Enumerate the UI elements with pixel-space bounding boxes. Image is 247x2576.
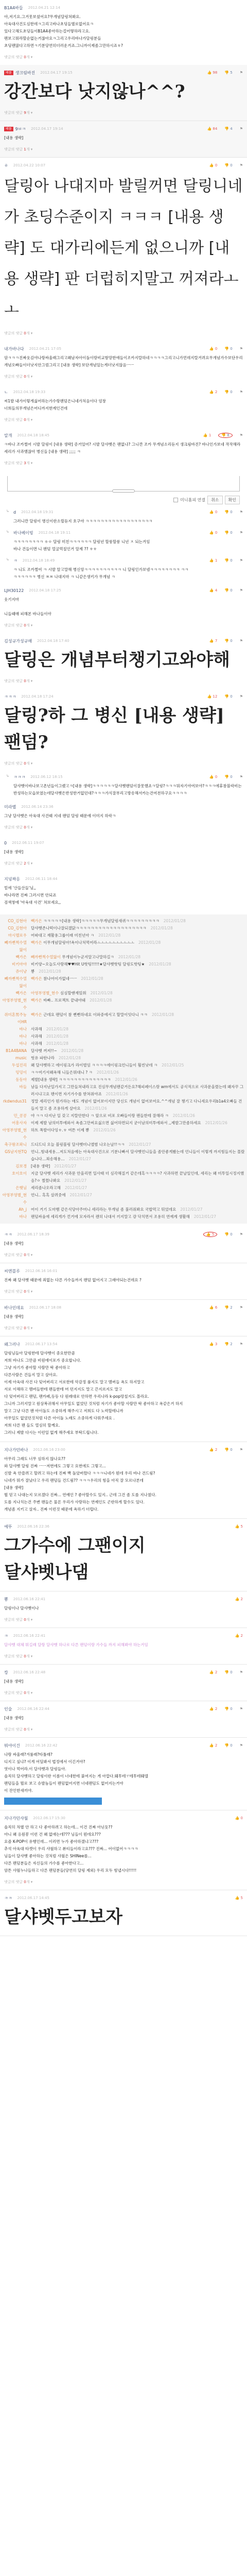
comment: 씨엔블루2012.06.16 16:01진짜 왜 달샤벳 때문에 죄없는 다른 …: [0, 1263, 247, 1300]
log-date: 2012/01/27: [65, 1185, 87, 1190]
log-text: 비키양~오늘도사랑해♥♥Hit U핫팅!!!!!★달샤벳핫팅 달링도핫팅★201…: [31, 961, 171, 968]
comment-header: 씨엔블루2012.06.16 16:01: [4, 1267, 243, 1275]
log-username[interactable]: rkdwndus31: [2, 1098, 31, 1112]
comment-body: 아무리 그래도 너무 심하지 않나요?? 와 달샤벳 달링 진짜 ㅡㅡ저번에도 …: [4, 1455, 243, 1513]
username-link[interactable]: 김성규가성규해: [4, 638, 32, 644]
upvote-button[interactable]: 👍 0: [209, 531, 217, 535]
best-badge: 베플: [4, 127, 13, 131]
upvote-button[interactable]: 👍 1: [209, 558, 217, 563]
upvote-button[interactable]: 👍 4: [209, 588, 217, 592]
log-text: 어따대고 재활용그룹이래 미친년아 ㅋ2012/01/28: [31, 932, 120, 939]
comment-body: 달링?하 그 병신 [내용 생략] 팬덤?: [4, 702, 243, 756]
report-icon[interactable]: ⚑: [240, 1743, 243, 1748]
upvote-button[interactable]: 👍 7: [209, 639, 217, 643]
mention-tag[interactable]: 아영부영별_현수: [31, 991, 60, 995]
downvote-button[interactable]: 👎 0: [224, 558, 232, 563]
username-link[interactable]: 씨엔블루: [4, 1268, 20, 1274]
log-username[interactable]: music: [2, 1055, 31, 1062]
log-username[interactable]: 쥬이냥: [2, 968, 31, 975]
reply-count: 0: [24, 1290, 26, 1294]
reply-body: ㅋㅋㅋㅋㅋㅋㅋㅋ ㅎㅇ 달링 미친ㅋㅋㅋㅋㅋㅋ 달링년 할룽할룽 니년 ㅈ 되는…: [13, 538, 243, 553]
comment: 지녕짜응2012.06.11 18:44밑에 '산들산들'님,, 바나라면 진짜…: [0, 871, 247, 911]
username-link[interactable]: 뭐야이건: [4, 1743, 20, 1749]
mention-tag[interactable]: 빽가은: [31, 976, 43, 981]
comment: ㅋ2012.06.16 22:41👍 2달샤벳 대체 뭐길래 달랑 달샤벳 하나…: [0, 1628, 247, 1665]
downvote-button[interactable]: 👎 0: [224, 1670, 232, 1674]
comment-body: 달링이나 달샤벳이나: [4, 1605, 243, 1612]
report-icon[interactable]: ⚑: [240, 1306, 243, 1310]
downvote-button[interactable]: 👎 0: [224, 775, 232, 779]
timestamp: 2012.06.16 22:41: [13, 1634, 45, 1638]
reply-count: 0: [24, 1880, 26, 1884]
log-date: 2012/01/26: [106, 1092, 128, 1096]
timestamp: 2012.04.17 19:15: [40, 71, 72, 75]
reply-count: 0: [24, 761, 26, 766]
reply-count-toggle[interactable]: 댓글의 댓글 0개 ▾: [4, 761, 243, 766]
report-icon[interactable]: ⚑: [240, 127, 243, 131]
timestamp: 2012.04.18 18:45: [17, 433, 49, 437]
comment: 인술2012.06.16 22:44👍 2👎 0⚑[내용 생략]댓글의 댓글 0…: [0, 1701, 247, 1738]
log-username[interactable]: 바들: [2, 1083, 31, 1098]
log-row: 빽가은아영부영별_현수 심심할땐재밌쒀2012/01/28: [2, 990, 245, 997]
log-row: 동동아제발[내용 생략] ㅋㅋㅋㅋㅋㅋㅋㅋㅋㅋㅋㅋㅋㅋ2012/01/26: [2, 1076, 245, 1083]
log-username[interactable]: 밍밍이: [2, 1069, 31, 1076]
log-date: 2012/01/26: [115, 1077, 137, 1082]
log-date: 2012/01/26: [173, 1113, 195, 1118]
downvote-button[interactable]: 👎 0: [224, 639, 232, 643]
log-text: 사과해2012/01/28: [31, 1026, 68, 1033]
log-text: 어이 거기 도마뱀 같은식당아주머니 세리라는 무개념 좀 불러줘봐요 국밥먹고…: [31, 1206, 203, 1213]
reply-body: 그러니깐 달링이 병신이란소릴듣지 호구야 ㅋㅋㅋㅋㅋㅋㅋㅋㅋㅋㅋㅋㅋㅋㅋㅋㅋㅋ: [13, 518, 243, 525]
log-text: 아영부영별_현수 심심할땐재밌쒀2012/01/28: [31, 990, 113, 997]
username-link[interactable]: 0: [4, 841, 7, 845]
log-date: 2012/01/28: [46, 1027, 68, 1031]
reply-count-toggle[interactable]: 댓글의 댓글 0개 ▾: [4, 1289, 243, 1294]
downvote-button[interactable]: 👎 0: [224, 347, 232, 351]
comment-header: 김성규가성규해2012.04.18 17:40👍 7👎 0⚑: [4, 637, 243, 645]
downvote-button[interactable]: 👎 0: [224, 531, 232, 535]
log-date: 2012/01/28: [46, 1041, 68, 1046]
mention-tag[interactable]: 빽가은: [31, 998, 43, 1003]
log-username[interactable]: 바나: [2, 1040, 31, 1047]
vote-controls: 👍 98👎 5⚑: [207, 71, 243, 75]
log-text: 남들 다지난일가지고 그만들쳐내라고요 진심무개념팬같거든요?해피페이스랑 wm…: [31, 1083, 245, 1098]
username-link[interactable]: 9ㅂㅋ: [15, 126, 26, 132]
username-link[interactable]: ㅋㅋㅋ: [4, 694, 16, 700]
comment-header: 지나가던바나2012.06.16 23:00👍 2👎 0⚑: [4, 1446, 243, 1453]
username-link[interactable]: 바나베이빙: [13, 530, 33, 536]
comment: ㅋㅋ2012.06.17 18:39👍 5👎 0⚑[내용 생략]댓글의 댓글 0…: [0, 1227, 247, 1263]
vote-controls: 👍 2👎 0⚑: [209, 1448, 243, 1452]
comment-body: 강간보다 낫지않나^^?: [4, 78, 243, 105]
log-text: 언니.. 흑흑 살려줏에2012/01/27: [31, 1192, 92, 1206]
upvote-button[interactable]: 👍 3: [209, 1342, 217, 1346]
username-link[interactable]: 캉: [4, 1670, 8, 1675]
nested-reply: ↳바나베이빙2012.04.18 19:11👍 0👎 0⚑ㅋㅋㅋㅋㅋㅋㅋㅋ ㅎㅇ…: [0, 527, 247, 555]
log-date: 2012/01/26: [205, 1121, 227, 1125]
log-username[interactable]: 호이호이: [2, 1170, 31, 1184]
username-link[interactable]: ㅋㅋ: [4, 1232, 12, 1238]
downvote-button[interactable]: 👎 0: [224, 1707, 232, 1711]
reply-count-toggle[interactable]: 댓글의 댓글 2개 ▾: [4, 861, 243, 866]
vote-controls: 👍 0👎 0⚑: [209, 163, 243, 167]
timestamp: 2012.06.16 22:41: [13, 1597, 45, 1601]
username-link[interactable]: d: [13, 510, 16, 515]
log-username[interactable]: CO_김현아: [2, 925, 31, 932]
upvote-button[interactable]: 👍 2: [209, 1707, 217, 1711]
upvote-button[interactable]: 👍 0: [209, 775, 217, 779]
reply-count-toggle[interactable]: 댓글의 댓글 0개 ▾: [4, 623, 243, 628]
timestamp: 2012.06.16 22:36: [17, 1524, 49, 1529]
upvote-button[interactable]: 👍 5: [235, 1896, 243, 1900]
log-date: 2012/01/27: [180, 1207, 202, 1212]
log-username[interactable]: 마시멜로우: [2, 932, 31, 939]
upvote-button[interactable]: 👍 6: [209, 1306, 217, 1310]
comment-body: 나랑 싸울래?겨룰래?타툴래? 디지고 싶냐? 이게 어딜봐서 법정에서 이긴거…: [4, 1751, 243, 1794]
log-username[interactable]: 비키마야: [2, 961, 31, 968]
report-icon[interactable]: ⚑: [240, 531, 243, 535]
downvote-button[interactable]: 👎 0: [224, 390, 232, 394]
upvote-button[interactable]: 👍 84: [207, 127, 217, 131]
downvote-button[interactable]: 👎 0: [224, 588, 232, 592]
reply-count: 0: [24, 623, 26, 628]
report-icon[interactable]: ⚑: [240, 1707, 243, 1711]
report-icon[interactable]: ⚑: [240, 1342, 243, 1346]
downvote-button[interactable]: 👎 8: [218, 433, 232, 438]
downvote-button[interactable]: 👎 0: [224, 1448, 232, 1452]
reply-arrow-icon: ↳: [6, 530, 9, 534]
log-text: 빽가은 ㅋㅋㅋㅋㅋ[내용 생략]ㅋㅋㅋㅋㅋ무개념달링새퀴ㅋㅋㅋㅋㅋㅋㅋㅋㅋ201…: [31, 918, 186, 925]
vote-controls: 👍 5: [235, 1524, 243, 1529]
username-link[interactable]: 지녕짜응: [4, 876, 20, 882]
report-icon[interactable]: ⚑: [240, 639, 243, 643]
username-link[interactable]: LJH30122: [4, 588, 24, 593]
timestamp: 2012.04.22 10:07: [13, 163, 45, 167]
username-link[interactable]: 인술: [4, 1706, 12, 1712]
upvote-button[interactable]: 👍 2: [209, 1448, 217, 1452]
log-date: 2012/01/25: [162, 1063, 184, 1067]
reply-textarea[interactable]: [7, 476, 240, 492]
timestamp: 2012.06.12 18:15: [30, 775, 62, 779]
comment-header: ㅋㅋ2012.06.17 18:39👍 5👎 0⚑: [4, 1231, 243, 1238]
timestamp: 2012.04.18 19:11: [39, 531, 70, 535]
reply-count-toggle[interactable]: 댓글의 댓글 3개 ▾: [4, 461, 243, 466]
report-icon[interactable]: ⚑: [240, 1670, 243, 1674]
log-date: 2012/01/28: [98, 933, 120, 938]
highlight-bar: [4, 1798, 102, 1805]
comment-header: 뭐야이건2012.06.16 22:42👍 2👎 0⚑: [4, 1742, 243, 1749]
comment-body: 달샤벳 대체 뭐길래 달랑 달샤벳 하나로 다른 팬덤이랑 가수들 까지 피해봐…: [4, 1641, 243, 1649]
comment-header: 뿅2012.06.16 22:41👍 2: [4, 1596, 243, 1603]
comment-body: 달샤벳두고보자: [4, 1904, 243, 1930]
username-link[interactable]: 지나가던바나: [4, 1447, 28, 1453]
log-username[interactable]: 아영부영별_현수: [2, 1127, 31, 1141]
username-link[interactable]: 미라벨: [4, 804, 16, 810]
downvote-button[interactable]: 👎 0: [224, 163, 232, 167]
timestamp: 2012.04.17 19:14: [31, 127, 63, 131]
username-link[interactable]: ㅋ: [4, 1633, 8, 1639]
comment-header: d2012.04.18 19:31👍 0👎 0⚑: [13, 509, 243, 516]
comment: 베플생크림바진2012.04.17 19:15👍 98👎 5⚑강간보다 낫지않나…: [0, 65, 247, 121]
vote-controls: 👍 5: [235, 1896, 243, 1900]
log-text: 헛유 파탄나라2012/01/28: [31, 1055, 81, 1062]
reply-count-toggle[interactable]: 댓글의 댓글 0개 ▾: [4, 825, 243, 830]
username-link[interactable]: 왜그러나: [4, 1342, 20, 1347]
reply-count-toggle[interactable]: 댓글의 댓글 0개 ▾: [4, 1326, 243, 1331]
mention-tag[interactable]: 빽가은: [31, 919, 43, 923]
log-username[interactable]: 동동아: [2, 1076, 31, 1083]
reply-arrow-icon: ↳: [6, 509, 9, 513]
username-link[interactable]: 알개: [4, 433, 12, 438]
log-row: 빼까뻔쩍수열앓이빽가은 참나어이가없네ㅡㅡ2012/01/28: [2, 975, 245, 990]
mention-tag[interactable]: 빽가은: [31, 1012, 43, 1017]
upvote-button[interactable]: 👍 0: [209, 163, 217, 167]
vote-controls: 👍 0👎 0⚑: [209, 510, 243, 514]
report-icon[interactable]: ⚑: [240, 694, 243, 699]
username-link[interactable]: ㄴ: [4, 389, 8, 395]
log-text: 지금 달샤벳 세리가 사과문 안올리면 일사태 더 심각해질거 같은데흑ㅋㅋㅋㅋ…: [31, 1170, 245, 1184]
resize-handle[interactable]: [112, 489, 135, 493]
reply-count-toggle[interactable]: 댓글의 댓글 0개 ▾: [4, 1690, 243, 1696]
log-username[interactable]: B1A4BANA: [2, 1047, 31, 1055]
log-text: 세리좀나오라고해2012/01/27: [31, 1184, 87, 1192]
log-username[interactable]: 바나: [2, 1026, 31, 1033]
comment-header: 베플생크림바진2012.04.17 19:15👍 98👎 5⚑: [4, 69, 243, 76]
downvote-button[interactable]: 👎 0: [224, 1743, 232, 1748]
comment-header: 지나가던샤월2012.06.17 15:30👍 0: [4, 1815, 243, 1822]
reply-count-toggle[interactable]: 댓글의 댓글 9개 ▾: [4, 110, 243, 115]
log-text: 정말 세리인가 뭔가하는 애도 개념이 없어보이지만 당신도 개념이 없어보여요…: [31, 1098, 245, 1112]
comment-body: 그냥 달샤벳은 아육대 사건때 지네 팬덤 달링 때문에 이미지 하락ㅋ: [4, 812, 243, 820]
comment-body: 씨1발 내가이렇게싫어하는가수랑팬덤은니네가처음이다 엄창 너희들의무개념은어디…: [4, 398, 243, 412]
username-link[interactable]: ㅋ: [13, 558, 17, 564]
username-link[interactable]: ㅋㅋㅋ: [13, 774, 25, 780]
upvote-button[interactable]: 👍 2: [235, 1634, 243, 1638]
log-text: 달샤벳존나떡이나잘되겠닭ㅋㅋㅋㅋㅋㅋㅋㅋㅋㅋㅋㅋㅋㅋㅋㅋㅋㅋㅋ2012/01/2…: [31, 925, 173, 932]
username-link[interactable]: 지나가던샤월: [4, 1816, 28, 1821]
comment: 왜그러나2012.06.17 13:54👍 3👎 2⚑달링님들아 달링한테 달샤…: [0, 1336, 247, 1442]
cancel-button[interactable]: 취소: [207, 496, 222, 504]
log-date: 2012/01/28: [61, 1048, 83, 1053]
upvote-button[interactable]: 👍 5: [235, 1524, 243, 1529]
reply-count-toggle[interactable]: 댓글의 댓글 0개 ▾: [4, 374, 243, 379]
log-row: 바나사과해2012/01/28: [2, 1026, 245, 1033]
log-username[interactable]: CO_김현아: [2, 918, 31, 925]
log-row: 어흥사자이제 제발 남의미투에와서 욕좀그만써요싫으면 싫어하면되지 굳이남의미…: [2, 1120, 245, 1127]
log-row: 김보경[내용 생략]2012/01/27: [2, 1163, 245, 1170]
log-username[interactable]: 어흥사자: [2, 1120, 31, 1127]
log-text: 빼까뻔쩍수열앓이 무개념이누군지알고나말하길ㅋ2012/01/28: [31, 954, 140, 961]
best-badge: 베플: [4, 71, 13, 75]
username-link[interactable]: ㅋㅋ: [4, 1895, 12, 1901]
upvote-button[interactable]: 👍 2: [209, 390, 217, 394]
log-username[interactable]: 빼까뻔쩍수열앓이: [2, 975, 31, 990]
comment-header: 캉2012.06.16 22:48👍 2👎 0⚑: [4, 1669, 243, 1676]
log-username[interactable]: 아영부영별_현수: [2, 1192, 31, 1206]
comment-header: 바나베이빙2012.04.18 19:11👍 0👎 0⚑: [13, 529, 243, 536]
downvote-button[interactable]: 👎 5: [224, 71, 232, 75]
comment-header: 지녕짜응2012.06.11 18:44: [4, 875, 243, 883]
vote-controls: 👍 2: [235, 1634, 243, 1638]
reply-count-toggle[interactable]: 댓글의 댓글 0개 ▾: [4, 1727, 243, 1732]
username-link[interactable]: 생크림바진: [15, 70, 36, 76]
vote-controls: 👍 2👎 0⚑: [209, 1707, 243, 1711]
log-text: 팬덤싸움에 세리게가 낀거에 모자라서 괜히 나대서 끼지말고 걍 닥치면서 조…: [31, 1213, 216, 1221]
confirm-button[interactable]: 확인: [225, 496, 240, 504]
vote-controls: 👍 7👎 0⚑: [209, 639, 243, 643]
log-date: 2012/01/28: [90, 998, 112, 1003]
log-username[interactable]: 빼까뻔쩍수열앓이: [2, 939, 31, 954]
mention-tag[interactable]: 빽가은: [31, 940, 43, 945]
upvote-button[interactable]: 👍 2: [209, 1670, 217, 1674]
username-link[interactable]: 내가바나다: [4, 346, 24, 352]
timestamp: 2012.04.18 18:49: [23, 558, 55, 563]
reply-count: 0: [24, 679, 26, 683]
log-row: 아영부영별_현수언니.. 흑흑 살려줏에2012/01/27: [2, 1192, 245, 1206]
username-link[interactable]: 예뚜: [4, 1524, 12, 1530]
reply-count-toggle[interactable]: 댓글의 댓글 0개 ▾: [4, 331, 243, 336]
minihompy-checkbox[interactable]: 미니홈피 연결: [173, 497, 205, 503]
comment-body: [내용 생략]: [4, 1240, 243, 1247]
log-row: Ah_j어이 거기 도마뱀 같은식당아주머니 세리라는 무개념 좀 불러줘봐요 …: [2, 1206, 245, 1213]
vote-controls: 👍 84👎 4⚑: [207, 127, 243, 131]
upvote-button[interactable]: 👍 2: [235, 1597, 243, 1601]
username-link[interactable]: ㅎ: [4, 163, 8, 168]
reply-count-toggle[interactable]: 댓글의 댓글 0개 ▾: [4, 417, 243, 422]
comment-body: 아,저기요.그거못보셨어요?무개념달링쳐봐요. 아육대사건도심한데ㅋ그리고바나초…: [4, 13, 243, 49]
report-icon[interactable]: ⚑: [240, 71, 243, 75]
log-date: 2012/01/28: [164, 919, 186, 923]
vote-controls: 👍 4👎 0⚑: [209, 588, 243, 592]
downvote-button[interactable]: 👎 0: [224, 510, 232, 514]
report-icon[interactable]: ⚑: [240, 347, 243, 351]
downvote-button[interactable]: 👎 2: [224, 1306, 232, 1310]
downvote-button[interactable]: 👎 2: [224, 1342, 232, 1346]
comment: 지나가던바나2012.06.16 23:00👍 2👎 0⚑아무리 그래도 너무 …: [0, 1442, 247, 1519]
log-row: 빼까뻔쩍수열앓이빽가은 이무개념달링아!욕이나처먹어라ㅗㅗㅗㅗㅗㅗㅗㅗㅗㅗ201…: [2, 939, 245, 954]
reply-count-toggle[interactable]: 댓글의 댓글 0개 ▾: [4, 1654, 243, 1659]
reply-count-toggle[interactable]: 댓글의 댓글 1개 ▾: [4, 147, 243, 152]
timestamp: 2012.04.18 17:25: [29, 588, 61, 592]
upvote-button[interactable]: 👍 1: [203, 433, 211, 437]
username-link[interactable]: 바나인데요: [4, 1305, 24, 1311]
log-date: 2012/01/26: [84, 1106, 107, 1111]
vote-controls: 👍 6👎 2⚑: [209, 1306, 243, 1310]
upvote-button[interactable]: 👍 98: [207, 71, 217, 75]
log-username[interactable]: 바나: [2, 1213, 31, 1221]
log-username[interactable]: 빽가은: [2, 990, 31, 997]
log-username[interactable]: 축구왕조퐈니: [2, 1141, 31, 1148]
timestamp: 2012.04.18 19:33: [13, 390, 45, 394]
vote-controls: 👍 1👎 8⚑: [203, 433, 243, 438]
log-text: 언니..힘내세용…저도처음에는 아육대사건으로 기분나빠서 달샤벳언니들을 좀안…: [31, 1148, 245, 1163]
log-username[interactable]: 바나: [2, 1033, 31, 1040]
upvote-button[interactable]: 👍 12: [207, 694, 217, 699]
comment-header: 인술2012.06.16 22:44👍 2👎 0⚑: [4, 1705, 243, 1713]
log-text: 빽가은 이무개념달링아!욕이나처먹어라ㅗㅗㅗㅗㅗㅗㅗㅗㅗㅗ2012/01/28: [31, 939, 161, 954]
log-date: 2012/01/28: [151, 926, 173, 930]
comment-body: 달링아 나대지마 발릴꺼면 달링니네가 초딩수준이지 ㅋㅋㅋ [내용 생략] 도…: [4, 171, 243, 326]
username-link[interactable]: 뿅: [4, 1597, 8, 1602]
log-row: 바나사과해2012/01/28: [2, 1040, 245, 1047]
log-username[interactable]: 두섭진리: [2, 1062, 31, 1069]
comment-header: LJH301222012.04.18 17:25👍 4👎 0⚑: [4, 587, 243, 594]
report-icon[interactable]: ⚑: [240, 390, 243, 394]
log-date: 2012/01/28: [81, 976, 103, 981]
log-date: 2012/01/26: [97, 1070, 119, 1075]
upvote-button[interactable]: 👍 5: [203, 1232, 217, 1237]
vote-controls: 👍 1👎 0⚑: [209, 558, 243, 563]
downvote-button[interactable]: 👎 0: [224, 694, 232, 699]
comment-header: 왜그러나2012.06.17 13:54👍 3👎 2⚑: [4, 1341, 243, 1348]
mention-tag[interactable]: 빼까뻔쩍수열앓이: [31, 955, 62, 959]
log-date: 2012/01/28: [91, 991, 113, 995]
report-icon[interactable]: ⚑: [240, 775, 243, 779]
log-date: 2012/01/27: [129, 1142, 151, 1147]
comment-body: 솔직히 차별 안 하고 다 좋아하려고 하는데... 이건 진짜 아닌듯?? 아…: [4, 1824, 243, 1874]
log-username[interactable]: 쥐미혼男주농이HR: [2, 1011, 31, 1026]
log-username[interactable]: 은햇님: [2, 1184, 31, 1192]
log-row: 밍밍이ㅋㅋ여기서왜욕해 니들은뭐대니 ? ㅋ2012/01/26: [2, 1069, 245, 1076]
reply-count-toggle[interactable]: 댓글의 댓글 0개 ▾: [4, 55, 243, 60]
checkbox[interactable]: [173, 498, 178, 502]
log-row: 빽가은빼까뻔쩍수열앓이 무개념이누군지알고나말하길ㅋ2012/01/28: [2, 954, 245, 961]
upvote-button[interactable]: 👍 0: [209, 347, 217, 351]
reply-count-toggle[interactable]: 댓글의 댓글 0개 ▾: [4, 679, 243, 684]
reply-count-toggle[interactable]: 댓글의 댓글 0개 ▾: [4, 1252, 243, 1258]
log-date: 2012/01/28: [59, 1056, 81, 1060]
report-icon[interactable]: ⚑: [240, 1448, 243, 1452]
report-icon[interactable]: ⚑: [240, 433, 243, 437]
upvote-button[interactable]: 👍 0: [235, 1816, 243, 1820]
username-link[interactable]: B1A4바들: [4, 5, 23, 11]
reply-arrow-icon: ↳: [6, 774, 9, 778]
comment-body: [내용 생략]: [4, 134, 243, 142]
report-icon[interactable]: ⚑: [240, 510, 243, 514]
reply-count-toggle[interactable]: 댓글의 댓글 0개 ▾: [4, 1879, 243, 1885]
log-username[interactable]: Ah_j: [2, 1206, 31, 1213]
comment-header: 예뚜2012.06.16 22:36👍 5: [4, 1523, 243, 1530]
vote-controls: 👍 0: [235, 1816, 243, 1820]
report-icon[interactable]: ⚑: [240, 1232, 243, 1236]
comment: 내가바나다2012.04.21 17:05👍 0👎 0⚑암ㅋㅋㅋ진짜웃김야나랑싸…: [0, 341, 247, 384]
comment: 알개2012.04.18 18:45👍 1👎 8⚑ㅋ바나 조카쩔어 시발 달링이…: [0, 428, 247, 471]
log-row: 비키마야비키양~오늘도사랑해♥♥Hit U핫팅!!!!!★달샤벳핫팅 달링도핫팅…: [2, 961, 245, 968]
report-icon[interactable]: ⚑: [240, 558, 243, 563]
report-icon[interactable]: ⚑: [240, 163, 243, 167]
reply-count: 2: [24, 861, 26, 866]
log-username[interactable]: 김보경: [2, 1163, 31, 1170]
log-text: 빽가은 바빠.. 프로젝트 끝내야돼2012/01/28: [31, 997, 112, 1011]
upvote-button[interactable]: 👍 2: [209, 1743, 217, 1748]
log-username[interactable]: 아영부영별_현수: [2, 997, 31, 1011]
downvote-button[interactable]: 👎 0: [224, 1232, 232, 1236]
vote-controls: 👍 2👎 0⚑: [209, 1743, 243, 1748]
comment-header: ㅋ2012.06.16 22:41👍 2: [4, 1632, 243, 1639]
report-icon[interactable]: ⚑: [240, 588, 243, 592]
reply-count-toggle[interactable]: 댓글의 댓글 0개 ▾: [4, 1617, 243, 1622]
log-username[interactable]: 민_콩콩: [2, 1112, 31, 1120]
downvote-button[interactable]: 👎 4: [224, 127, 232, 131]
comment-header: 미라벨2012.06.14 23:36: [4, 803, 243, 810]
comment: ㄴ2012.04.18 19:33👍 2👎 0⚑씨1발 내가이렇게싫어하는가수랑…: [0, 384, 247, 428]
log-username[interactable]: 빽가은: [2, 954, 31, 961]
log-username[interactable]: GS남지현TQ: [2, 1148, 31, 1163]
upvote-button[interactable]: 👍 0: [209, 510, 217, 514]
log-text: 제발[내용 생략] ㅋㅋㅋㅋㅋㅋㅋㅋㅋㅋㅋㅋㅋㅋ2012/01/26: [31, 1076, 137, 1083]
log-row: 쥬이냥뿅2012/01/28: [2, 968, 245, 975]
comment-header: ㅋㅋ2012.06.17 14:45👍 5: [4, 1894, 243, 1902]
